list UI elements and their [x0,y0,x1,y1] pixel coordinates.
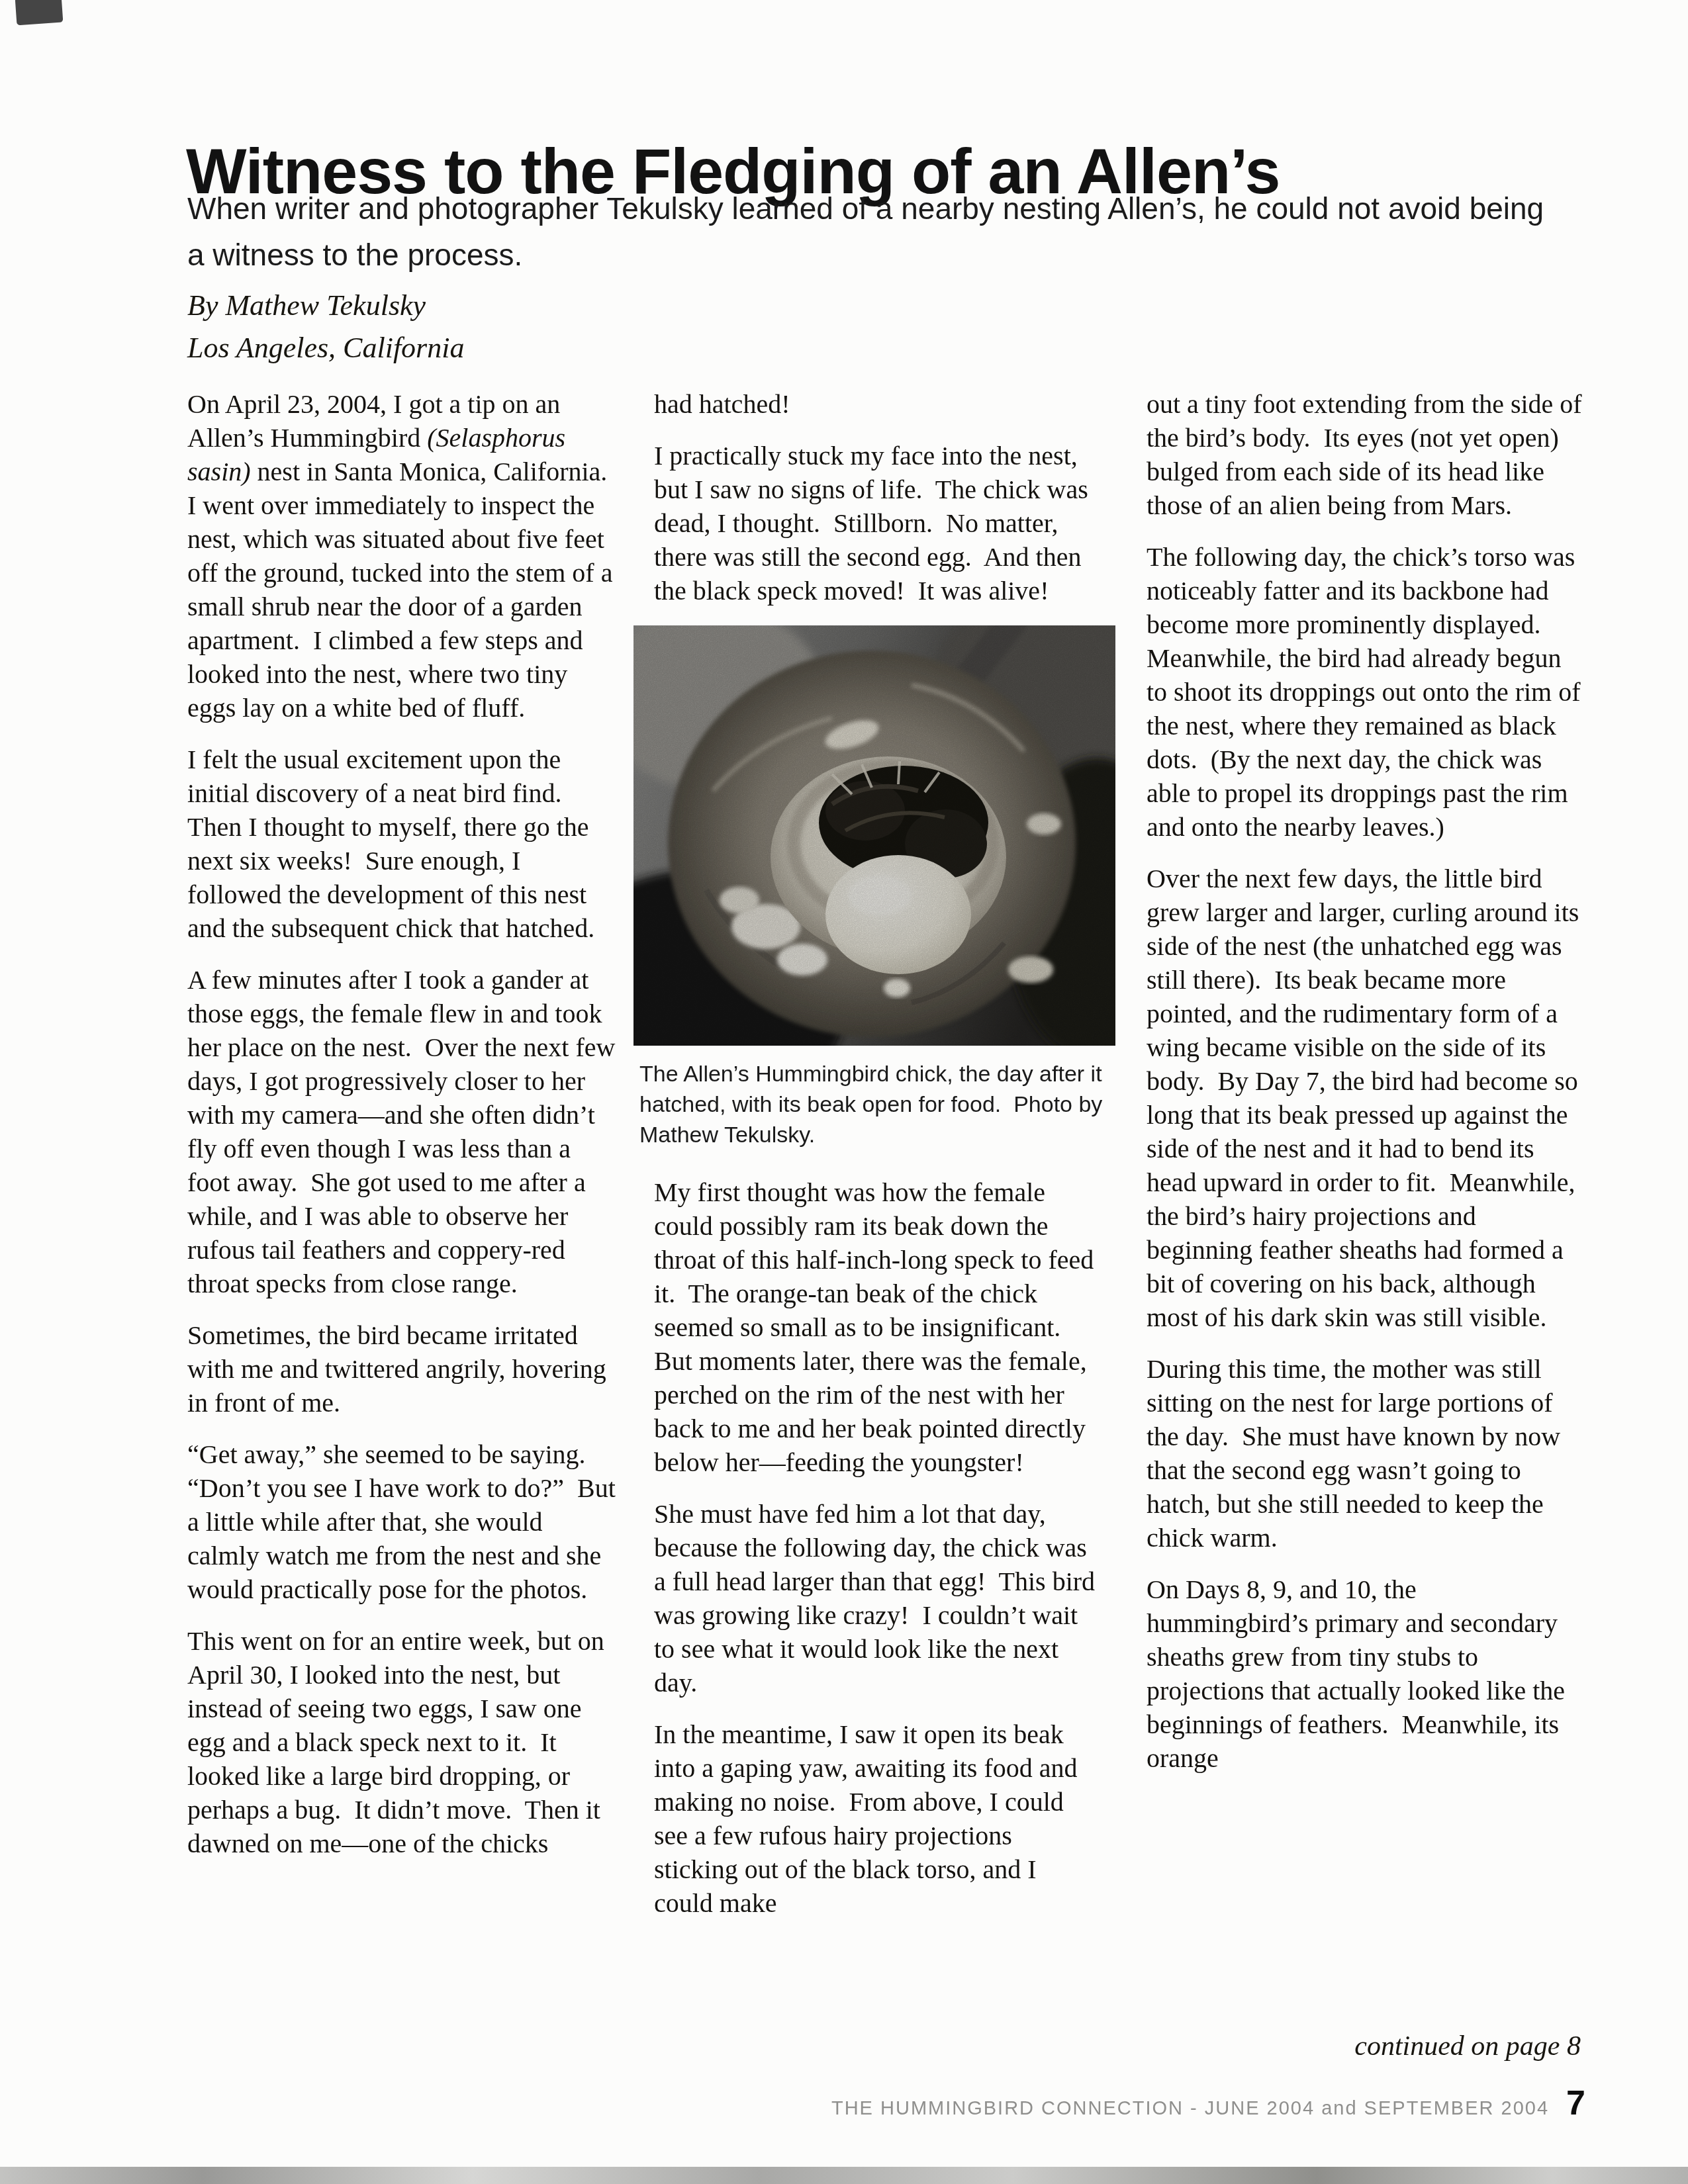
article-photo [633,625,1115,1046]
paragraph: had hatched! [654,387,1099,421]
paragraph: I felt the usual excitement upon the ini… [187,743,616,945]
scan-artifact-corner [15,0,64,25]
article-subtitle: When writer and photographer Tekulsky le… [187,185,1561,278]
scan-artifact-bottom-edge [0,2167,1688,2184]
photo-caption: The Allen’s Hummingbird chick, the day a… [639,1059,1106,1150]
paragraph: I practically stuck my face into the nes… [654,439,1099,608]
paragraph: A few minutes after I took a gander at t… [187,963,616,1300]
paragraph: On April 23, 2004, I got a tip on an All… [187,387,616,725]
paragraph: Sometimes, the bird became irritated wit… [187,1318,616,1420]
text-column-3: out a tiny foot extending from the side … [1147,387,1583,1793]
continued-note: continued on page 8 [1354,2030,1581,2062]
paragraph: The following day, the chick’s torso was… [1147,540,1583,844]
byline-location: Los Angeles, California [187,327,464,369]
paragraph: out a tiny foot extending from the side … [1147,387,1583,522]
paragraph: In the meantime, I saw it open its beak … [654,1717,1099,1920]
paragraph: During this time, the mother was still s… [1147,1352,1583,1555]
byline: By Mathew Tekulsky Los Angeles, Californ… [187,285,464,369]
paragraph: “Get away,” she seemed to be saying. “Do… [187,1437,616,1606]
text-column-2: had hatched! I practically stuck my face… [654,387,1099,1938]
publication-footer-text: THE HUMMINGBIRD CONNECTION - JUNE 2004 a… [831,2098,1549,2120]
paragraph: On Days 8, 9, and 10, the hummingbird’s … [1147,1572,1583,1775]
byline-author: By Mathew Tekulsky [187,285,464,327]
magazine-page: Witness to the Fledging of an Allen’s Wh… [0,0,1688,2184]
page-footer: THE HUMMINGBIRD CONNECTION - JUNE 2004 a… [831,2083,1585,2123]
paragraph: Over the next few days, the little bird … [1147,862,1583,1334]
paragraph: This went on for an entire week, but on … [187,1624,616,1860]
page-number: 7 [1566,2083,1585,2123]
article-figure: The Allen’s Hummingbird chick, the day a… [633,625,1115,1150]
paragraph: My first thought was how the female coul… [654,1175,1099,1479]
paragraph-text: nest in Santa Monica, California. I went… [187,457,620,723]
paragraph: She must have fed him a lot that day, be… [654,1497,1099,1700]
text-column-1: On April 23, 2004, I got a tip on an All… [187,387,616,1878]
